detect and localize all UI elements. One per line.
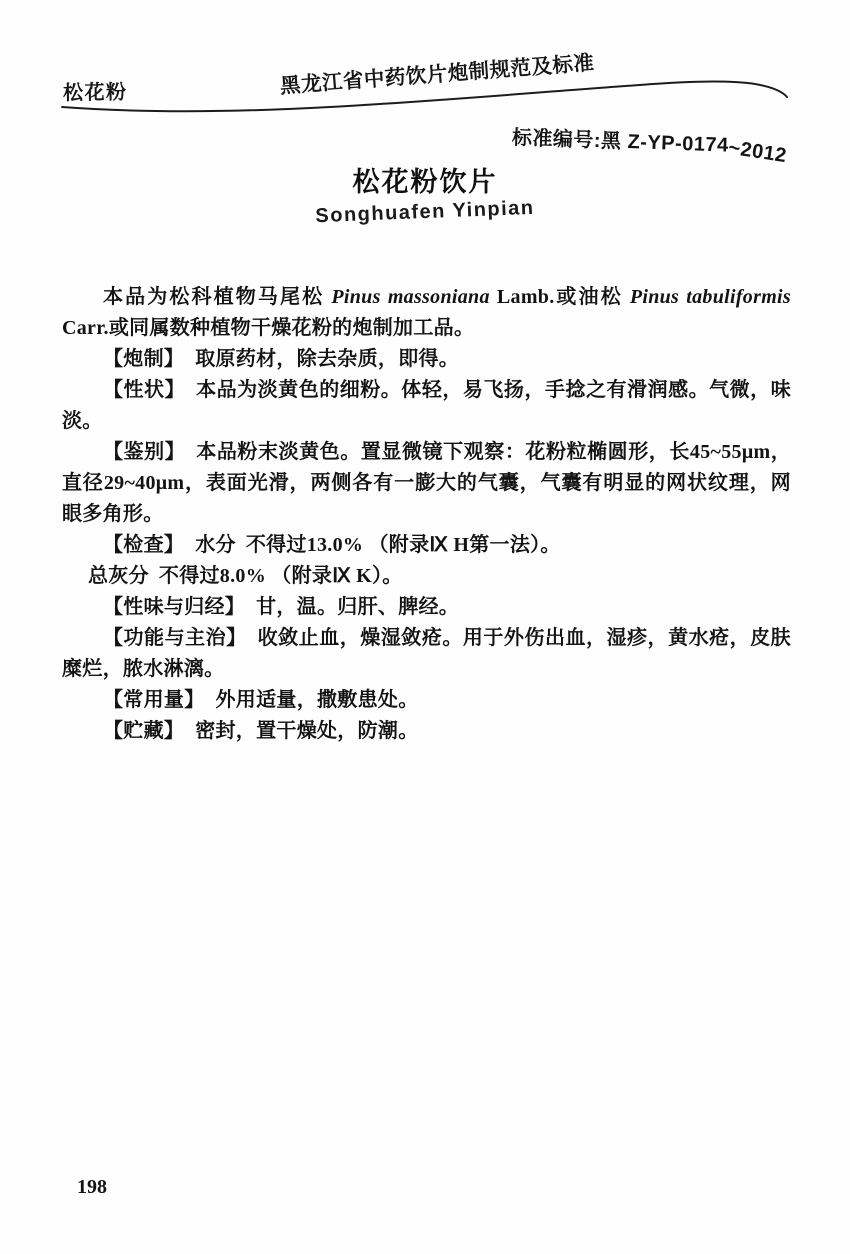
section-label: 【功能与主治】 — [103, 627, 247, 649]
standard-number-main: 标准编号:黑 Z-YP-0174 — [512, 127, 730, 157]
document-body: 本品为松科植物马尾松 Pinus massoniana Lamb.或油松 Pin… — [62, 282, 791, 747]
intro-text: Carr.或同属数种植物干燥花粉的炮制加工品。 — [62, 317, 474, 339]
section-text: 甘，温。归肝、脾经。 — [256, 596, 459, 618]
section-jiancha-shuifen: 【检查】水分不得过13.0% （附录Ⅸ H第一法）。 — [62, 530, 791, 561]
header-rule — [0, 0, 850, 130]
section-gongneng-zhuzhi: 【功能与主治】收敛止血，燥湿敛疮。用于外伤出血，湿疹，黄水疮，皮肤糜烂，脓水淋漓… — [62, 623, 791, 685]
section-label: 【炮制】 — [103, 348, 184, 370]
intro-text: Lamb.或油松 — [490, 286, 630, 308]
section-text: 不得过8.0% （附录Ⅸ K）。 — [159, 565, 403, 587]
section-zonghuifen: 总灰分不得过8.0% （附录Ⅸ K）。 — [62, 561, 791, 592]
latin-name-masson-pine: Pinus massoniana — [331, 286, 489, 308]
section-text: 取原药材，除去杂质，即得。 — [195, 348, 459, 370]
section-changyongliang: 【常用量】外用适量，撒敷患处。 — [62, 685, 791, 716]
document-page: 松花粉 黑龙江省中药饮片炮制规范及标准 标准编号:黑 Z-YP-0174~201… — [0, 0, 850, 1254]
section-sublabel: 水分 — [195, 534, 236, 556]
section-xingwei-guijing: 【性味与归经】甘，温。归肝、脾经。 — [62, 592, 791, 623]
section-xingzhuang: 【性状】本品为淡黄色的细粉。体轻，易飞扬，手捻之有滑润感。气微，味淡。 — [62, 375, 791, 437]
section-zhucang: 【贮藏】密封，置干燥处，防潮。 — [62, 716, 791, 747]
section-label: 【检查】 — [103, 534, 184, 556]
intro-paragraph: 本品为松科植物马尾松 Pinus massoniana Lamb.或油松 Pin… — [62, 282, 791, 344]
section-label: 【性味与归经】 — [103, 596, 245, 618]
latin-name-chinese-pine: Pinus tabuliformis — [630, 286, 791, 308]
section-paozhi: 【炮制】取原药材，除去杂质，即得。 — [62, 344, 791, 375]
intro-text: 本品为松科植物马尾松 — [103, 286, 331, 308]
section-label: 【鉴别】 — [103, 441, 185, 463]
section-text: 密封，置干燥处，防潮。 — [195, 720, 418, 742]
section-text: 外用适量，撒敷患处。 — [216, 689, 419, 711]
section-jianbie: 【鉴别】本品粉末淡黄色。置显微镜下观察：花粉粒椭圆形，长45~55μm，直径29… — [62, 437, 791, 530]
section-label: 【性状】 — [103, 379, 185, 401]
section-label: 【贮藏】 — [103, 720, 184, 742]
section-text: 不得过13.0% （附录Ⅸ H第一法）。 — [246, 534, 561, 556]
section-sublabel: 总灰分 — [88, 565, 149, 587]
section-label: 【常用量】 — [103, 689, 205, 711]
page-number: 198 — [77, 1176, 107, 1199]
